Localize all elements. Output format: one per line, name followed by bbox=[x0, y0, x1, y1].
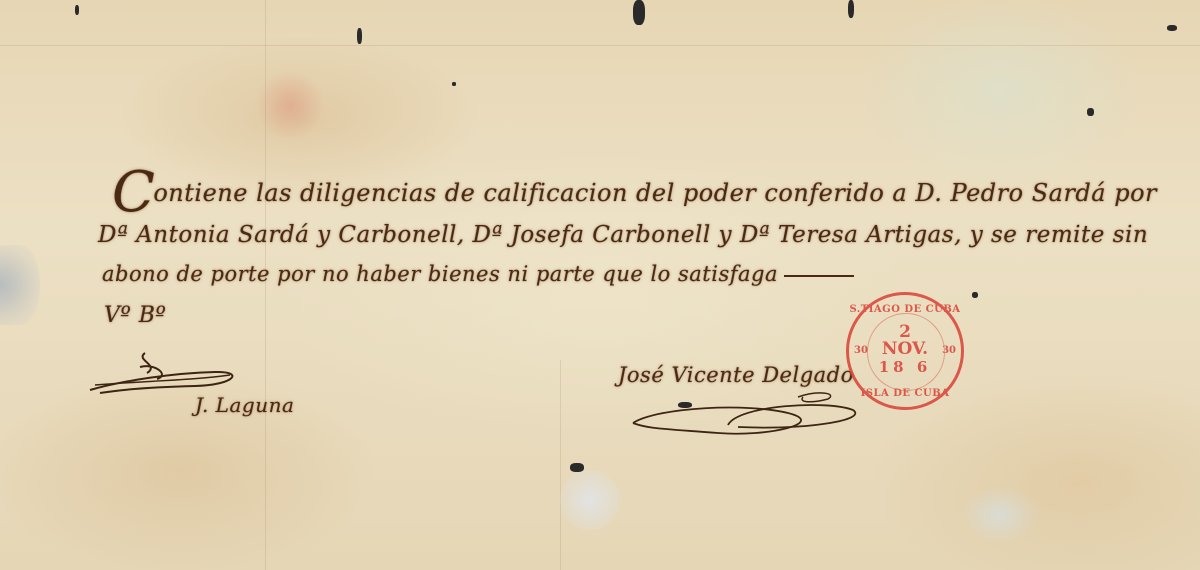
document-scan: Contiene las diligencias de calificacion… bbox=[0, 0, 1200, 570]
ink-speck bbox=[75, 5, 79, 15]
fold-line bbox=[560, 360, 561, 570]
paper-damage-right bbox=[960, 485, 1040, 545]
text-line-3: abono de porte por no haber bienes ni pa… bbox=[102, 262, 854, 286]
signature-name-left: J. Laguna bbox=[195, 393, 294, 417]
text-line-3-body: abono de porte por no haber bienes ni pa… bbox=[102, 262, 778, 286]
red-stain bbox=[255, 70, 325, 140]
ink-speck bbox=[972, 292, 978, 298]
text-line-1: Contiene las diligencias de calificacion… bbox=[112, 150, 1157, 215]
paper-damage-left bbox=[0, 245, 40, 325]
signature-flourish-left bbox=[85, 345, 285, 400]
postmark-bottom-text: ISLA DE CUBA bbox=[849, 388, 961, 399]
closing-dash bbox=[784, 275, 854, 277]
postmark-side-right: 30 bbox=[942, 345, 956, 356]
ink-speck bbox=[357, 28, 362, 44]
signature-name-right: José Vicente Delgado bbox=[618, 363, 854, 387]
paper-tear bbox=[560, 470, 620, 530]
ink-speck bbox=[1087, 108, 1094, 116]
ink-speck bbox=[452, 82, 456, 86]
signature-flourish-right bbox=[628, 385, 858, 440]
visto-bueno: Vº Bº bbox=[104, 303, 166, 328]
ink-speck bbox=[1167, 25, 1177, 31]
decorative-initial: C bbox=[112, 160, 155, 225]
postmark-stamp: S.TIAGO DE CUBA 30 2 NOV. 18 6 30 ISLA D… bbox=[846, 292, 964, 410]
postmark-year: 18 6 bbox=[849, 358, 961, 376]
ink-speck bbox=[570, 463, 584, 472]
postmark-top-text: S.TIAGO DE CUBA bbox=[849, 304, 961, 315]
ink-speck bbox=[848, 0, 854, 18]
text-line-2: Dª Antonia Sardá y Carbonell, Dª Josefa … bbox=[98, 222, 1148, 248]
fold-line bbox=[0, 45, 1200, 46]
text-line-1-body: ontiene las diligencias de calificacion … bbox=[153, 179, 1157, 207]
ink-speck bbox=[633, 0, 645, 25]
